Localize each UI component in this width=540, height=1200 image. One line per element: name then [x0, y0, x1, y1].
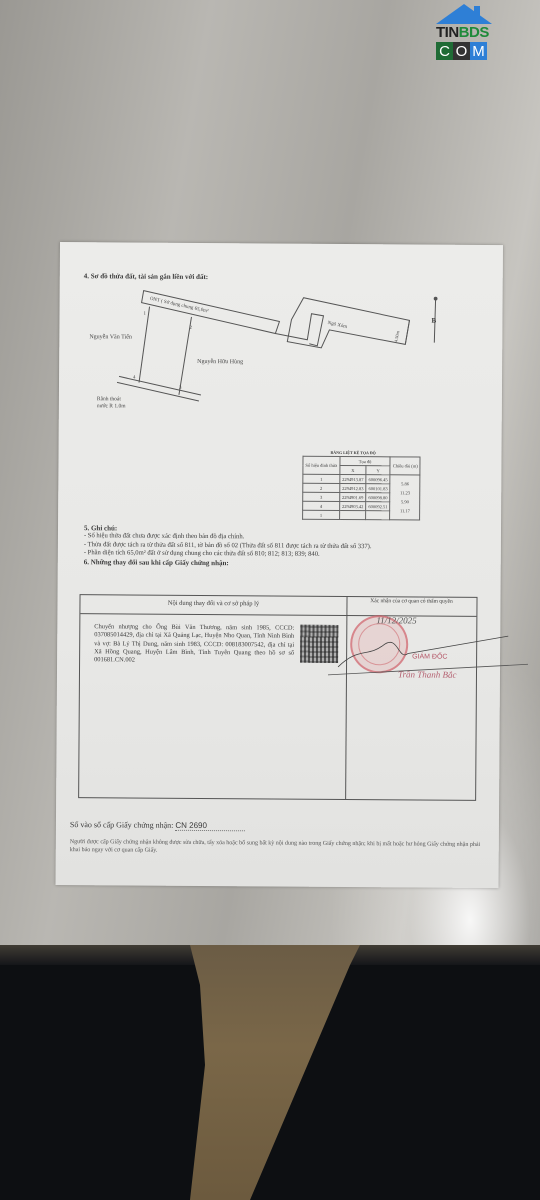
section-4-title: 4. Sơ đồ thửa đất, tài sản gắn liền với …: [84, 272, 208, 281]
signer-title: GIÁM ĐỐC: [412, 653, 447, 660]
changes-table: Nội dung thay đổi và cơ sở pháp lý Xác n…: [78, 594, 477, 801]
signer-name: Trần Thanh Bắc: [398, 669, 457, 679]
registry-number: CN 2690: [175, 821, 245, 831]
coords-header-y: Y: [366, 466, 390, 475]
tinbds-watermark-logo: TINBDS C O M: [432, 4, 496, 62]
point-1: 1: [143, 312, 146, 317]
coords-header-x: X: [340, 465, 366, 474]
coords-header-length: Chiều dài (m): [390, 457, 420, 475]
warning-text: Người được cấp Giấy chứng nhận không đượ…: [70, 838, 490, 857]
alley-label: Ngõ Xóm: [327, 321, 348, 330]
north-arrow-label: B: [431, 317, 436, 325]
section-6-title: 6. Những thay đổi sau khi cấp Giấy chứng…: [84, 558, 484, 569]
coords-table: Số hiệu đỉnh thửa Tọa độ Chiều dài (m) X…: [302, 456, 421, 521]
coords-table-title: BẢNG LIỆT KÊ TỌA ĐỘ: [331, 450, 376, 455]
registry-label: Số vào sổ cấp Giấy chứng nhận:: [70, 820, 173, 830]
confirmation-date: 11/12/2025: [376, 615, 416, 625]
photo-scene: TINBDS C O M 4. Sơ đồ thửa đất, tài sản …: [0, 0, 540, 1200]
coords-header-coord: Tọa độ: [340, 456, 391, 465]
land-certificate-page: 4. Sơ đồ thửa đất, tài sản gắn liền với …: [56, 242, 503, 888]
logo-text-top: TINBDS: [436, 24, 489, 41]
point-2: 2: [189, 326, 192, 331]
neighbor-left-label: Nguyễn Văn Tiến: [89, 333, 132, 340]
neighbor-right-label: Nguyễn Hữu Hùng: [197, 358, 243, 365]
drain-label-1: Rãnh thoát: [97, 396, 121, 402]
alley-width-label: 4.50m: [393, 330, 400, 343]
house-roof-icon: [436, 4, 492, 24]
notes-section: 5. Ghi chú: - Số hiệu thửa đất chưa được…: [84, 524, 484, 569]
change-content: Chuyển nhượng cho Ông Bùi Văn Thương, nă…: [94, 623, 294, 666]
logo-text-bottom: C O M: [436, 42, 487, 60]
registry-line: Số vào sổ cấp Giấy chứng nhận: CN 2690: [70, 820, 246, 831]
parcel-diagram: ONT ( Sử dụng chung 65,0m² Nguyễn Văn Ti…: [79, 282, 480, 455]
drain-label-2: nước R 1.0m: [97, 403, 126, 409]
coords-header-point: Số hiệu đỉnh thửa: [303, 456, 340, 474]
lengths-cell: 5.86 11.23 5.90 11.17: [390, 475, 420, 520]
changes-col2-header: Xác nhận của cơ quan có thẩm quyền: [348, 598, 474, 605]
chimney-icon: [474, 6, 480, 16]
